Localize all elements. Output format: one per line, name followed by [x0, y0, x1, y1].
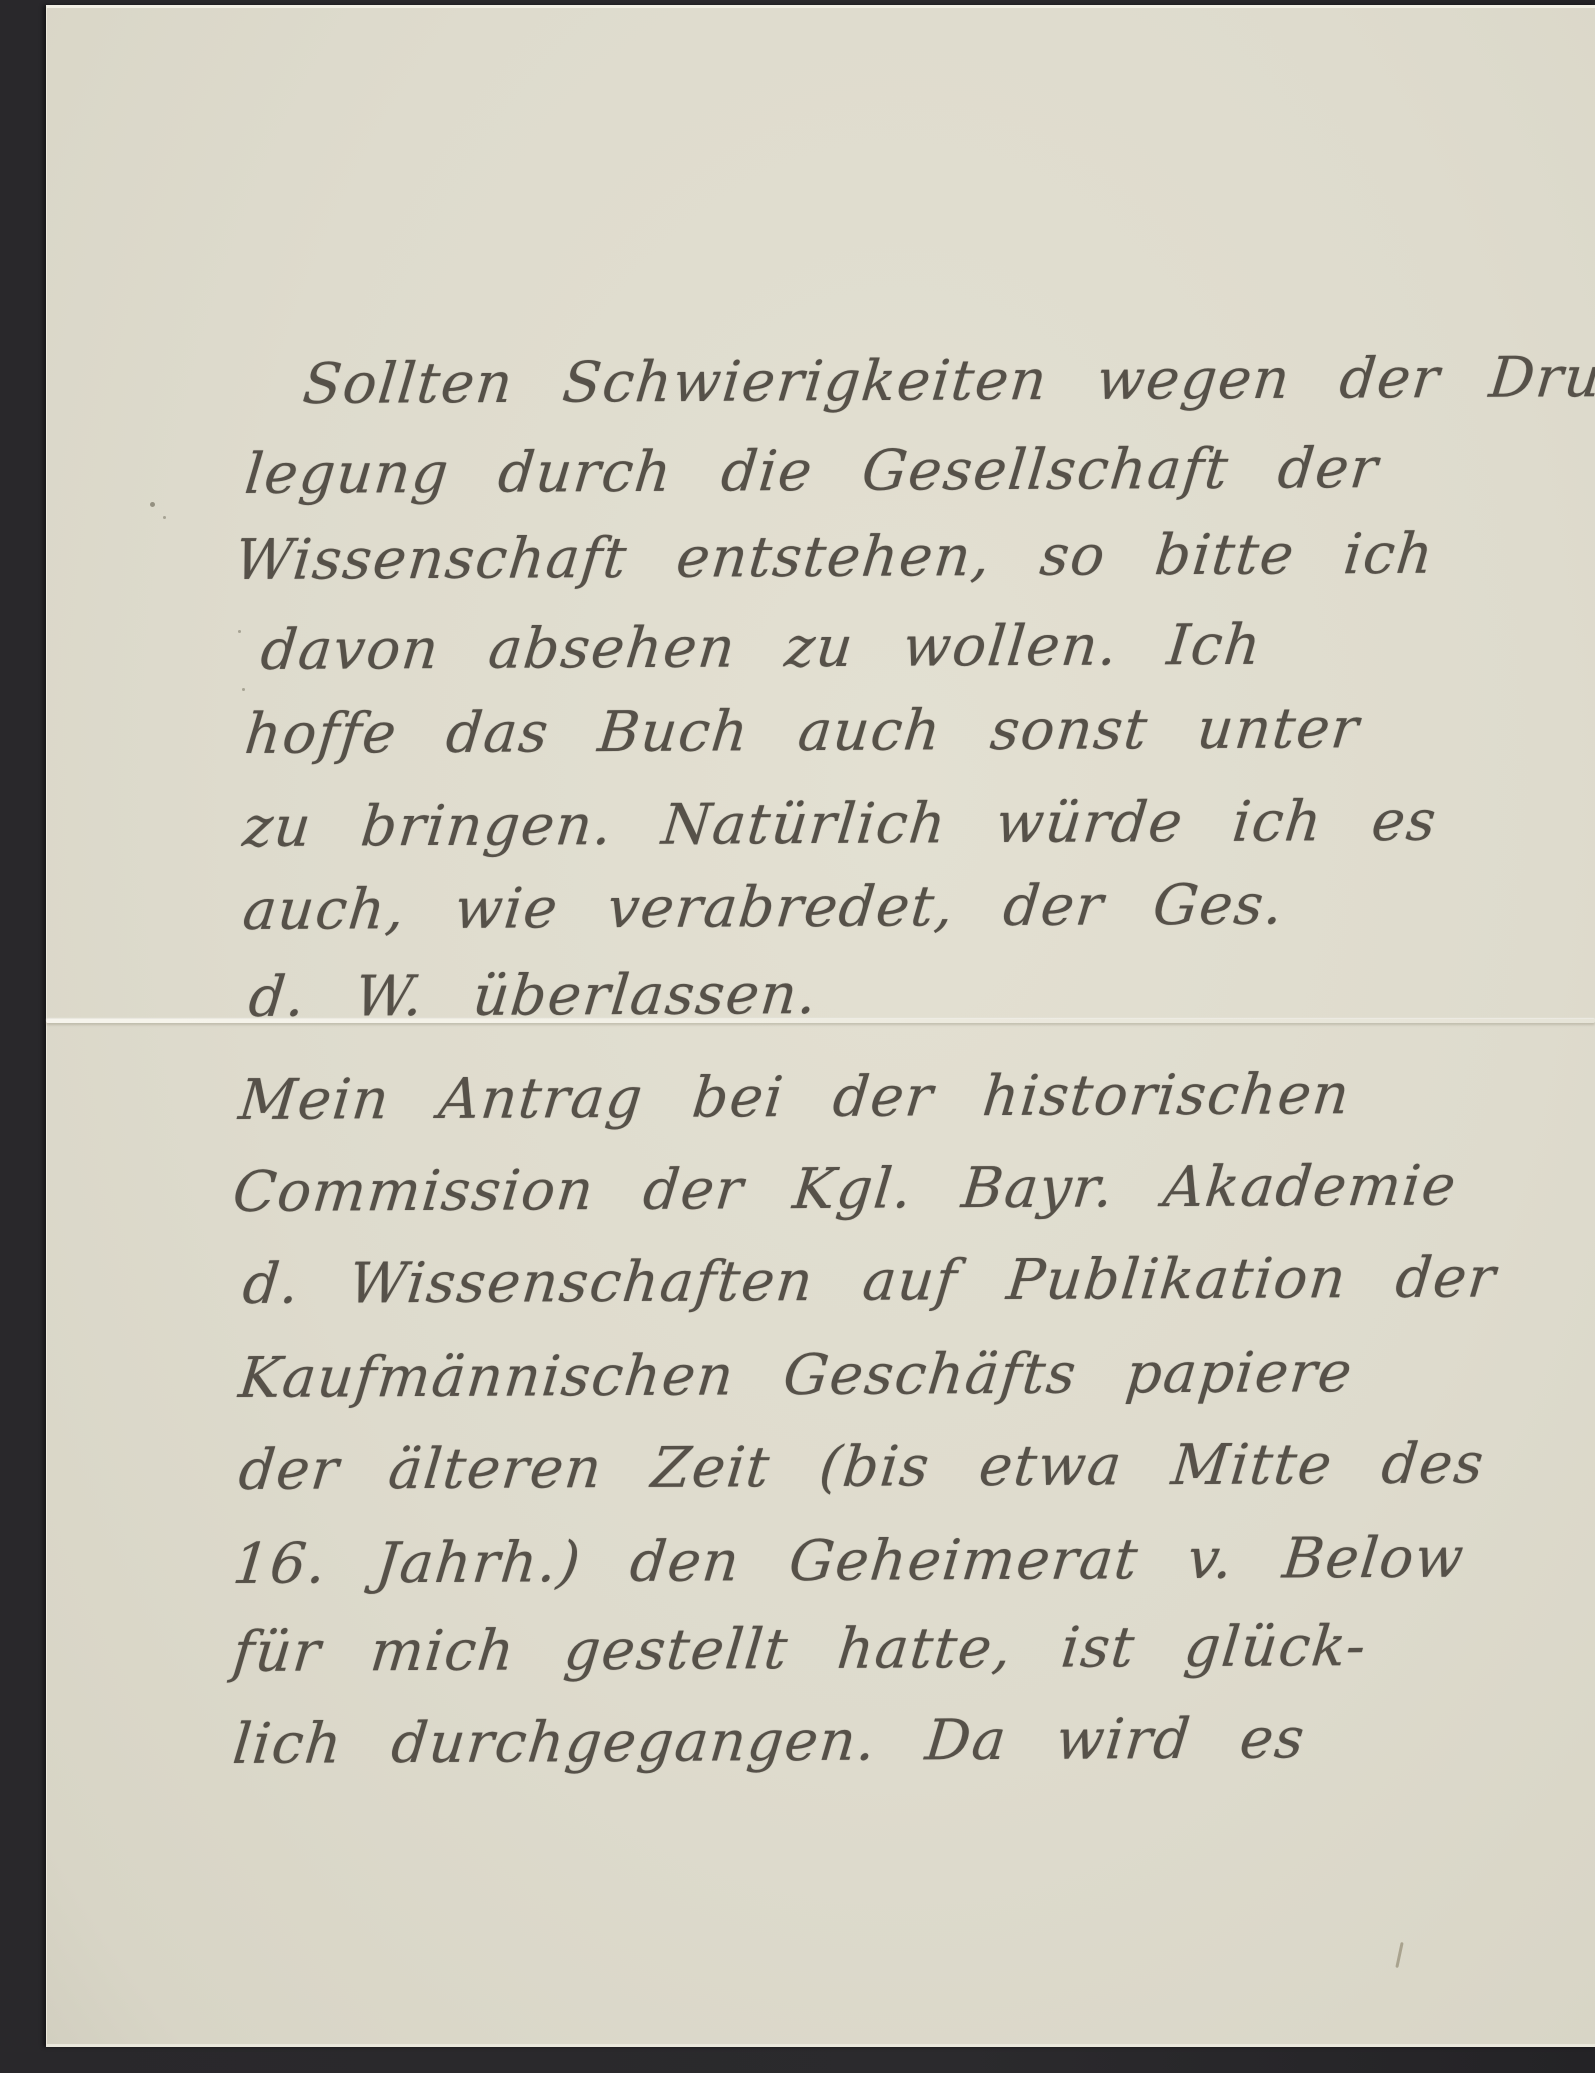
handwriting-line: davon absehen zu wollen. Ich — [258, 613, 1265, 683]
handwriting-line: Wissenschaft entstehen, so bitte ich — [232, 522, 1437, 593]
handwriting-line: lich durchgegangen. Da wird es — [230, 1706, 1308, 1777]
ink-speck — [242, 688, 245, 691]
ink-speck — [238, 630, 241, 633]
handwriting-line: der älteren Zeit (bis etwa Mitte des — [236, 1431, 1488, 1503]
handwriting-line: auch, wie verabredet, der Ges. — [240, 873, 1287, 943]
handwriting-line: d. Wissenschaften auf Publikation der — [240, 1245, 1500, 1317]
handwriting-line: Kaufmännischen Geschäfts papiere — [236, 1340, 1356, 1411]
handwriting-line: Commission der Kgl. Bayr. Akademie — [230, 1154, 1460, 1225]
handwriting-line: 16. Jahrh.) den Geheimerat v. Below — [230, 1526, 1468, 1597]
ink-speck — [150, 502, 155, 507]
handwriting-line: d. W. überlassen. — [246, 962, 821, 1030]
handwriting-line: für mich gestellt hatte, ist glück- — [230, 1614, 1370, 1685]
handwriting-line: zu bringen. Natürlich würde ich es — [240, 789, 1440, 860]
handwriting-line: Sollten Schwierigkeiten wegen der Druck- — [300, 345, 1595, 417]
handwriting-line: Mein Antrag bei der historischen — [236, 1062, 1353, 1133]
ink-speck — [163, 516, 166, 519]
scan-photo-frame: Sollten Schwierigkeiten wegen der Druck-… — [0, 0, 1595, 2073]
handwriting-line: legung durch die Gesellschaft der — [242, 436, 1382, 507]
handwriting-line: hoffe das Buch auch sonst unter — [242, 696, 1363, 767]
